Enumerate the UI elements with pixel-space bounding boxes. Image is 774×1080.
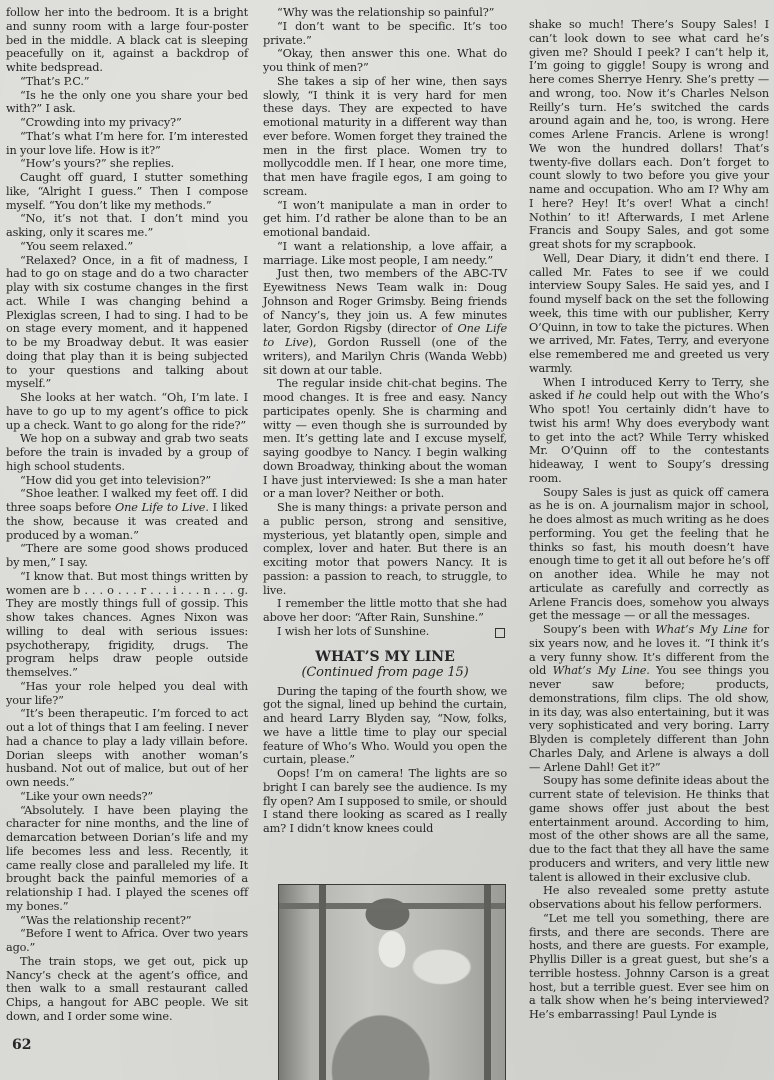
paragraph: Soupy Sales is just as quick off camera … bbox=[529, 486, 769, 624]
paragraph: follow her into the bedroom. It is a bri… bbox=[6, 6, 248, 75]
paragraph: “Relaxed? Once, in a fit of madness, I h… bbox=[6, 254, 248, 392]
emphasis: he bbox=[578, 389, 592, 402]
paragraph: “Why was the relationship so painful?” bbox=[263, 6, 507, 20]
text: Soupy’s been with bbox=[543, 623, 655, 636]
section-title: WHAT’S MY LINE bbox=[263, 649, 507, 665]
paragraph: “Okay, then answer this one. What do you… bbox=[263, 47, 507, 75]
paragraph: “I know that. But most things written by… bbox=[6, 570, 248, 680]
paragraph: “Has your role helped you deal with your… bbox=[6, 680, 248, 708]
paragraph: “No, it’s not that. I don’t mind you ask… bbox=[6, 212, 248, 240]
paragraph: shake so much! There’s Soupy Sales! I ca… bbox=[529, 18, 769, 252]
paragraph: He also revealed some pretty astute obse… bbox=[529, 884, 769, 912]
paragraph: “I won’t manipulate a man in order to ge… bbox=[263, 199, 507, 240]
paragraph: “Like your own needs?” bbox=[6, 790, 248, 804]
paragraph: The regular inside chit-chat begins. The… bbox=[263, 377, 507, 501]
paragraph: Soupy’s been with What’s My Line for six… bbox=[529, 623, 769, 774]
paragraph: “Shoe leather. I walked my feet off. I d… bbox=[6, 487, 248, 542]
paragraph: “You seem relaxed.” bbox=[6, 240, 248, 254]
section-subtitle: (Continued from page 15) bbox=[263, 665, 507, 681]
paragraph: “Is he the only one you share your bed w… bbox=[6, 89, 248, 117]
paragraph: “Let me tell you something, there are fi… bbox=[529, 912, 769, 1022]
show-title: What’s My Line bbox=[655, 623, 747, 636]
paragraph: She looks at her watch. “Oh, I’m late. I… bbox=[6, 391, 248, 432]
set-frame-post bbox=[319, 885, 326, 1080]
paragraph: She is many things: a private person and… bbox=[263, 501, 507, 597]
paragraph: Oops! I’m on camera! The lights are so b… bbox=[263, 767, 507, 836]
text: You see things you never saw before; pro… bbox=[529, 664, 769, 773]
paragraph-closing: I wish her lots of Sunshine. bbox=[263, 625, 507, 639]
show-title: What’s My Line. bbox=[553, 664, 650, 677]
paragraph: We hop on a subway and grab two seats be… bbox=[6, 432, 248, 473]
paragraph: When I introduced Kerry to Terry, she as… bbox=[529, 376, 769, 486]
paragraph: The train stops, we get out, pick up Nan… bbox=[6, 955, 248, 1024]
paragraph: During the taping of the fourth show, we… bbox=[263, 685, 507, 768]
paragraph: “Was the relationship recent?” bbox=[6, 914, 248, 928]
text: I wish her lots of Sunshine. bbox=[277, 625, 429, 638]
paragraph: “It’s been therapeutic. I’m forced to ac… bbox=[6, 707, 248, 790]
column-left: follow her into the bedroom. It is a bri… bbox=[6, 6, 248, 1024]
paragraph: “I want a relationship, a love affair, a… bbox=[263, 240, 507, 268]
column-right: shake so much! There’s Soupy Sales! I ca… bbox=[529, 18, 769, 1022]
paragraph: I remember the little motto that she had… bbox=[263, 597, 507, 625]
paragraph: Soupy has some definite ideas about the … bbox=[529, 774, 769, 884]
paragraph: “Crowding into my privacy?” bbox=[6, 116, 248, 130]
set-frame-bar bbox=[279, 903, 505, 909]
paragraph: Well, Dear Diary, it didn’t end there. I… bbox=[529, 252, 769, 376]
paragraph: “There are some good shows produced by m… bbox=[6, 542, 248, 570]
column-middle: “Why was the relationship so painful?” “… bbox=[263, 6, 507, 836]
show-title: One Life to Live. bbox=[115, 501, 209, 514]
photo-soupy-sales bbox=[278, 884, 506, 1080]
text: could help out with the Who’s Who spot! … bbox=[529, 389, 769, 485]
paragraph: “How’s yours?” she replies. bbox=[6, 157, 248, 171]
end-of-article-box-icon bbox=[495, 628, 505, 638]
page-number: 62 bbox=[12, 1037, 31, 1053]
paragraph: “That’s what I’m here for. I’m intereste… bbox=[6, 130, 248, 158]
paragraph: Just then, two members of the ABC-TV Eye… bbox=[263, 267, 507, 377]
paragraph: “Before I went to Africa. Over two years… bbox=[6, 927, 248, 955]
paragraph: “Absolutely. I have been playing the cha… bbox=[6, 804, 248, 914]
paragraph: She takes a sip of her wine, then says s… bbox=[263, 75, 507, 199]
paragraph: “That’s P.C.” bbox=[6, 75, 248, 89]
paragraph: Caught off guard, I stutter something li… bbox=[6, 171, 248, 212]
set-frame-post bbox=[484, 885, 491, 1080]
paragraph: “How did you get into television?” bbox=[6, 474, 248, 488]
paragraph: “I don’t want to be specific. It’s too p… bbox=[263, 20, 507, 48]
